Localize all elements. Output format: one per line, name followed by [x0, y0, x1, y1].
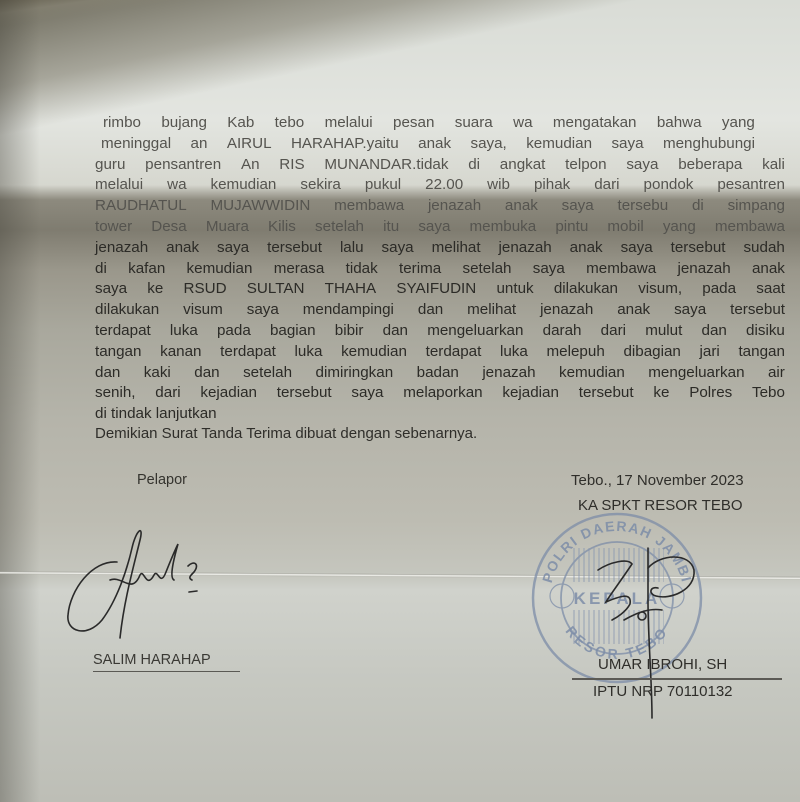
reporter-signature: [62, 520, 212, 645]
body-line: melaluiwakemudiansekirapukul22.00wibpiha…: [95, 175, 785, 196]
officer-rank-nrp: IPTU NRP 70110132: [593, 683, 733, 700]
closing-statement: Demikian Surat Tanda Terima dibuat denga…: [95, 425, 477, 442]
reporter-label: Pelapor: [137, 472, 187, 488]
officer-name: UMAR IBROHI, SH: [598, 656, 727, 673]
document-date: Tebo., 17 November 2023: [571, 472, 744, 489]
body-line: meninggalanAIRULHARAHAP.yaituanaksaya,ke…: [95, 134, 785, 155]
body-line: terdapatlukapadabagianbibirdanmengeluark…: [95, 321, 785, 342]
body-line: dankakidansetelahdimiringkanbadanjenazah…: [95, 363, 785, 384]
body-line: dikafankemudianmerasatidakterimasetelahs…: [95, 259, 785, 280]
body-line: sayakeRSUDSULTANTHAHASYAIFUDINuntukdilak…: [95, 279, 785, 300]
paper-fold-shadow: [0, 0, 800, 110]
officer-signature-line: [572, 678, 782, 680]
body-line: gurupensantrenAnRISMUNANDAR.tidakdiangka…: [95, 155, 785, 176]
body-line: di tindak lanjutkan: [95, 404, 785, 425]
body-line: towerDesaMuaraKilissetelahitusayamembuka…: [95, 217, 785, 238]
body-line: jenazahanaksayatersebutlalusayamelihatje…: [95, 238, 785, 259]
body-line: RAUDHATULMUJAWWIDINmembawajenazahanaksay…: [95, 196, 785, 217]
paper-edge-shadow: [0, 0, 40, 802]
body-line: senih,darikejadiantersebutsayamelaporkan…: [95, 383, 785, 404]
body-line: rimbobujangKabtebomelaluipesansuarawamen…: [95, 113, 785, 134]
body-line: dilakukanvisumsayamendampingidanmelihatj…: [95, 300, 785, 321]
reporter-name: SALIM HARAHAP: [93, 652, 240, 672]
body-line: tangankananterdapatlukakemudianterdapatl…: [95, 342, 785, 363]
letter-body: rimbobujangKabtebomelaluipesansuarawamen…: [95, 113, 785, 425]
